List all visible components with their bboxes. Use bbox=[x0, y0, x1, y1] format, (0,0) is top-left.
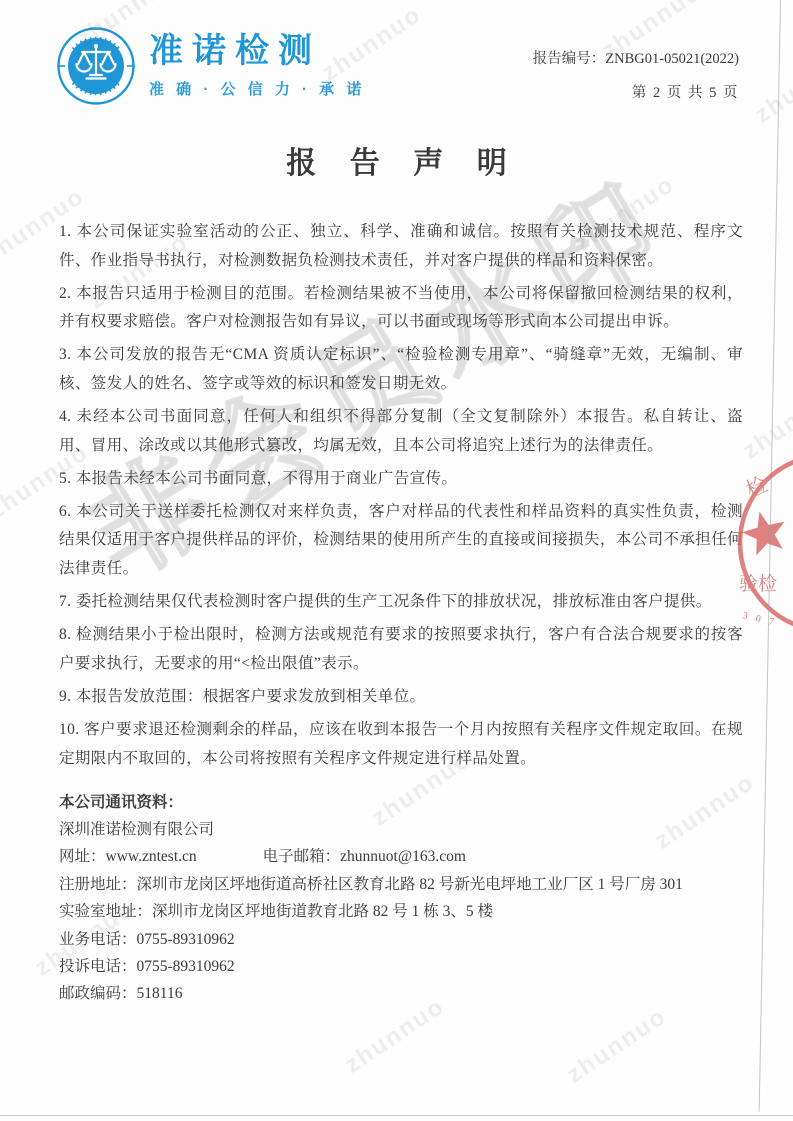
contact-heading: 本公司通讯资料： bbox=[59, 789, 743, 816]
report-page: 准诺检测 准 确 · 公 信 力 · 承 诺 报告编号：ZNBG01-05021… bbox=[0, 0, 793, 1121]
official-seal-partial: 检 验检 3 0 7 bbox=[726, 448, 793, 648]
contact-section: 本公司通讯资料： 深圳准诺检测有限公司 网址：www.zntest.cn 电子邮… bbox=[59, 789, 743, 1008]
page-title: 报 告 声 明 bbox=[0, 138, 793, 182]
company-logo: 准诺检测 准 确 · 公 信 力 · 承 诺 bbox=[56, 26, 365, 106]
brand-tagline: 准 确 · 公 信 力 · 承 诺 bbox=[149, 78, 365, 99]
statement-item: 7. 委托检测结果仅代表检测时客户提供的生产工况条件下的排放状况，排放标准由客户… bbox=[59, 588, 743, 617]
statements-list: 1. 本公司保证实验室活动的公正、独立、科学、准确和诚信。按照有关检测技术规范、… bbox=[59, 218, 743, 778]
website-pair: 网址：www.zntest.cn bbox=[59, 843, 197, 870]
complaint-phone-value: 0755-89310962 bbox=[137, 958, 235, 975]
registered-address-value: 深圳市龙岗区坪地街道高桥社区教育北路 82 号新光电坪地工业厂区 1 号厂房 3… bbox=[137, 876, 683, 893]
statement-item: 10. 客户要求退还检测剩余的样品，应该在收到本报告一个月内按照有关程序文件规定… bbox=[59, 716, 743, 773]
lab-address-value: 深圳市龙岗区坪地街道教育北路 82 号 1 栋 3、5 楼 bbox=[152, 903, 493, 920]
statement-item: 9. 本报告发放范围：根据客户要求发放到相关单位。 bbox=[59, 683, 743, 712]
contact-web-row: 网址：www.zntest.cn 电子邮箱：zhunnuot@163.com bbox=[59, 843, 743, 870]
scan-edge-horizontal-line bbox=[0, 1115, 793, 1116]
statement-item: 4. 未经本公司书面同意，任何人和组织不得部分复制（全文复制除外）本报告。私自转… bbox=[59, 403, 743, 460]
statement-item: 5. 本报告未经本公司书面同意，不得用于商业广告宣传。 bbox=[59, 465, 743, 494]
business-phone: 业务电话：0755-89310962 bbox=[59, 926, 743, 953]
lab-address-label: 实验室地址： bbox=[59, 903, 152, 920]
statement-item: 2. 本报告只适用于检测目的范围。若检测结果被不当使用，本公司将保留撤回检测结果… bbox=[59, 280, 743, 337]
report-number-line: 报告编号：ZNBG01-05021(2022) bbox=[533, 47, 739, 68]
statement-item: 3. 本公司发放的报告无“CMA 资质认定标识”、“检验检测专用章”、“骑缝章”… bbox=[59, 341, 743, 398]
postal-code-value: 518116 bbox=[137, 985, 183, 1002]
postal-code: 邮政编码：518116 bbox=[59, 980, 743, 1007]
website-value: www.zntest.cn bbox=[106, 848, 197, 865]
email-label: 电子邮箱： bbox=[263, 848, 341, 865]
registered-address: 注册地址：深圳市龙岗区坪地街道高桥社区教育北路 82 号新光电坪地工业厂区 1 … bbox=[59, 871, 743, 898]
business-phone-label: 业务电话： bbox=[59, 931, 137, 948]
brand-block: 准诺检测 准 确 · 公 信 力 · 承 诺 bbox=[149, 34, 365, 99]
brand-watermark: zhunnuo bbox=[562, 1003, 672, 1090]
email-value: zhunnuot@163.com bbox=[340, 848, 466, 865]
statement-item: 1. 本公司保证实验室活动的公正、独立、科学、准确和诚信。按照有关检测技术规范、… bbox=[59, 218, 743, 275]
registered-address-label: 注册地址： bbox=[59, 876, 137, 893]
seal-chars-mid: 验检 bbox=[739, 573, 777, 595]
brand-name: 准诺检测 bbox=[149, 34, 365, 68]
report-number-label: 报告编号： bbox=[533, 51, 606, 67]
statement-item: 8. 检测结果小于检出限时，检测方法或规范有要求的按照要求执行，客户有合法合规要… bbox=[59, 621, 743, 678]
website-label: 网址： bbox=[59, 848, 106, 865]
brand-watermark: zhunnuo bbox=[750, 43, 793, 130]
email-pair: 电子邮箱：zhunnuot@163.com bbox=[263, 843, 466, 870]
header-meta: 报告编号：ZNBG01-05021(2022) 第 2 页 共 5 页 bbox=[533, 47, 739, 102]
postal-code-label: 邮政编码： bbox=[59, 985, 137, 1002]
report-number-value: ZNBG01-05021(2022) bbox=[605, 51, 739, 67]
complaint-phone-label: 投诉电话： bbox=[59, 958, 137, 975]
page-indicator: 第 2 页 共 5 页 bbox=[533, 81, 739, 102]
contact-company: 深圳准诺检测有限公司 bbox=[59, 816, 743, 843]
business-phone-value: 0755-89310962 bbox=[137, 931, 235, 948]
complaint-phone: 投诉电话：0755-89310962 bbox=[59, 953, 743, 980]
scales-of-justice-icon bbox=[56, 26, 136, 106]
statement-item: 6. 本公司关于送样委托检测仅对来样负责，客户对样品的代表性和样品资料的真实性负… bbox=[59, 498, 743, 584]
lab-address: 实验室地址：深圳市龙岗区坪地街道教育北路 82 号 1 栋 3、5 楼 bbox=[59, 898, 743, 925]
